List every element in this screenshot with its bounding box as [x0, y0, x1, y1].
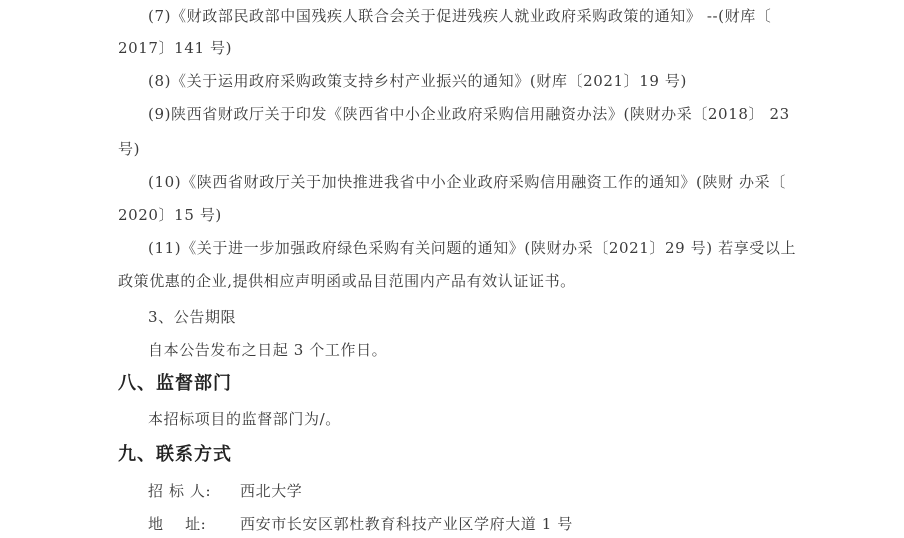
supervision-dept-text: 本招标项目的监督部门为/。	[148, 409, 341, 429]
policy-item-8: (8)《关于运用政府采购政策支持乡村产业振兴的通知》(财库〔2021〕19 号)	[148, 71, 687, 91]
policy-item-10-line-2: 2020〕15 号)	[118, 205, 222, 225]
contact-label-tenderer: 招 标 人:	[148, 481, 240, 501]
section-9-heading: 九、联系方式	[118, 443, 232, 467]
contact-row-tenderer: 招 标 人:西北大学	[148, 481, 302, 501]
policy-item-7-line-2: 2017〕141 号)	[118, 38, 232, 58]
contact-value-address: 西安市长安区郭杜教育科技产业区学府大道 1 号	[240, 515, 573, 533]
policy-item-7-line-1: (7)《财政部民政部中国残疾人联合会关于促进残疾人就业政府采购政策的通知》 --…	[148, 6, 771, 26]
contact-value-tenderer: 西北大学	[240, 482, 302, 500]
contact-row-address: 地 址:西安市长安区郭杜教育科技产业区学府大道 1 号	[148, 514, 573, 534]
section-8-heading: 八、监督部门	[118, 372, 232, 396]
announcement-period-text: 自本公告发布之日起 3 个工作日。	[148, 340, 387, 360]
policy-item-9-line-1: (9)陕西省财政厅关于印发《陕西省中小企业政府采购信用融资办法》(陕财办采〔20…	[148, 104, 790, 124]
policy-item-11-line-1: (11)《关于进一步加强政府绿色采购有关问题的通知》(陕财办采〔2021〕29 …	[148, 238, 796, 258]
policy-item-9-line-2: 号)	[118, 139, 140, 159]
announcement-period-title: 3、公告期限	[148, 307, 236, 327]
policy-item-11-line-2: 政策优惠的企业,提供相应声明函或品目范围内产品有效认证证书。	[118, 271, 576, 291]
contact-label-address: 地 址:	[148, 514, 240, 534]
policy-item-10-line-1: (10)《陕西省财政厅关于加快推进我省中小企业政府采购信用融资工作的通知》(陕财…	[148, 172, 786, 192]
document-page: (7)《财政部民政部中国残疾人联合会关于促进残疾人就业政府采购政策的通知》 --…	[0, 0, 904, 538]
